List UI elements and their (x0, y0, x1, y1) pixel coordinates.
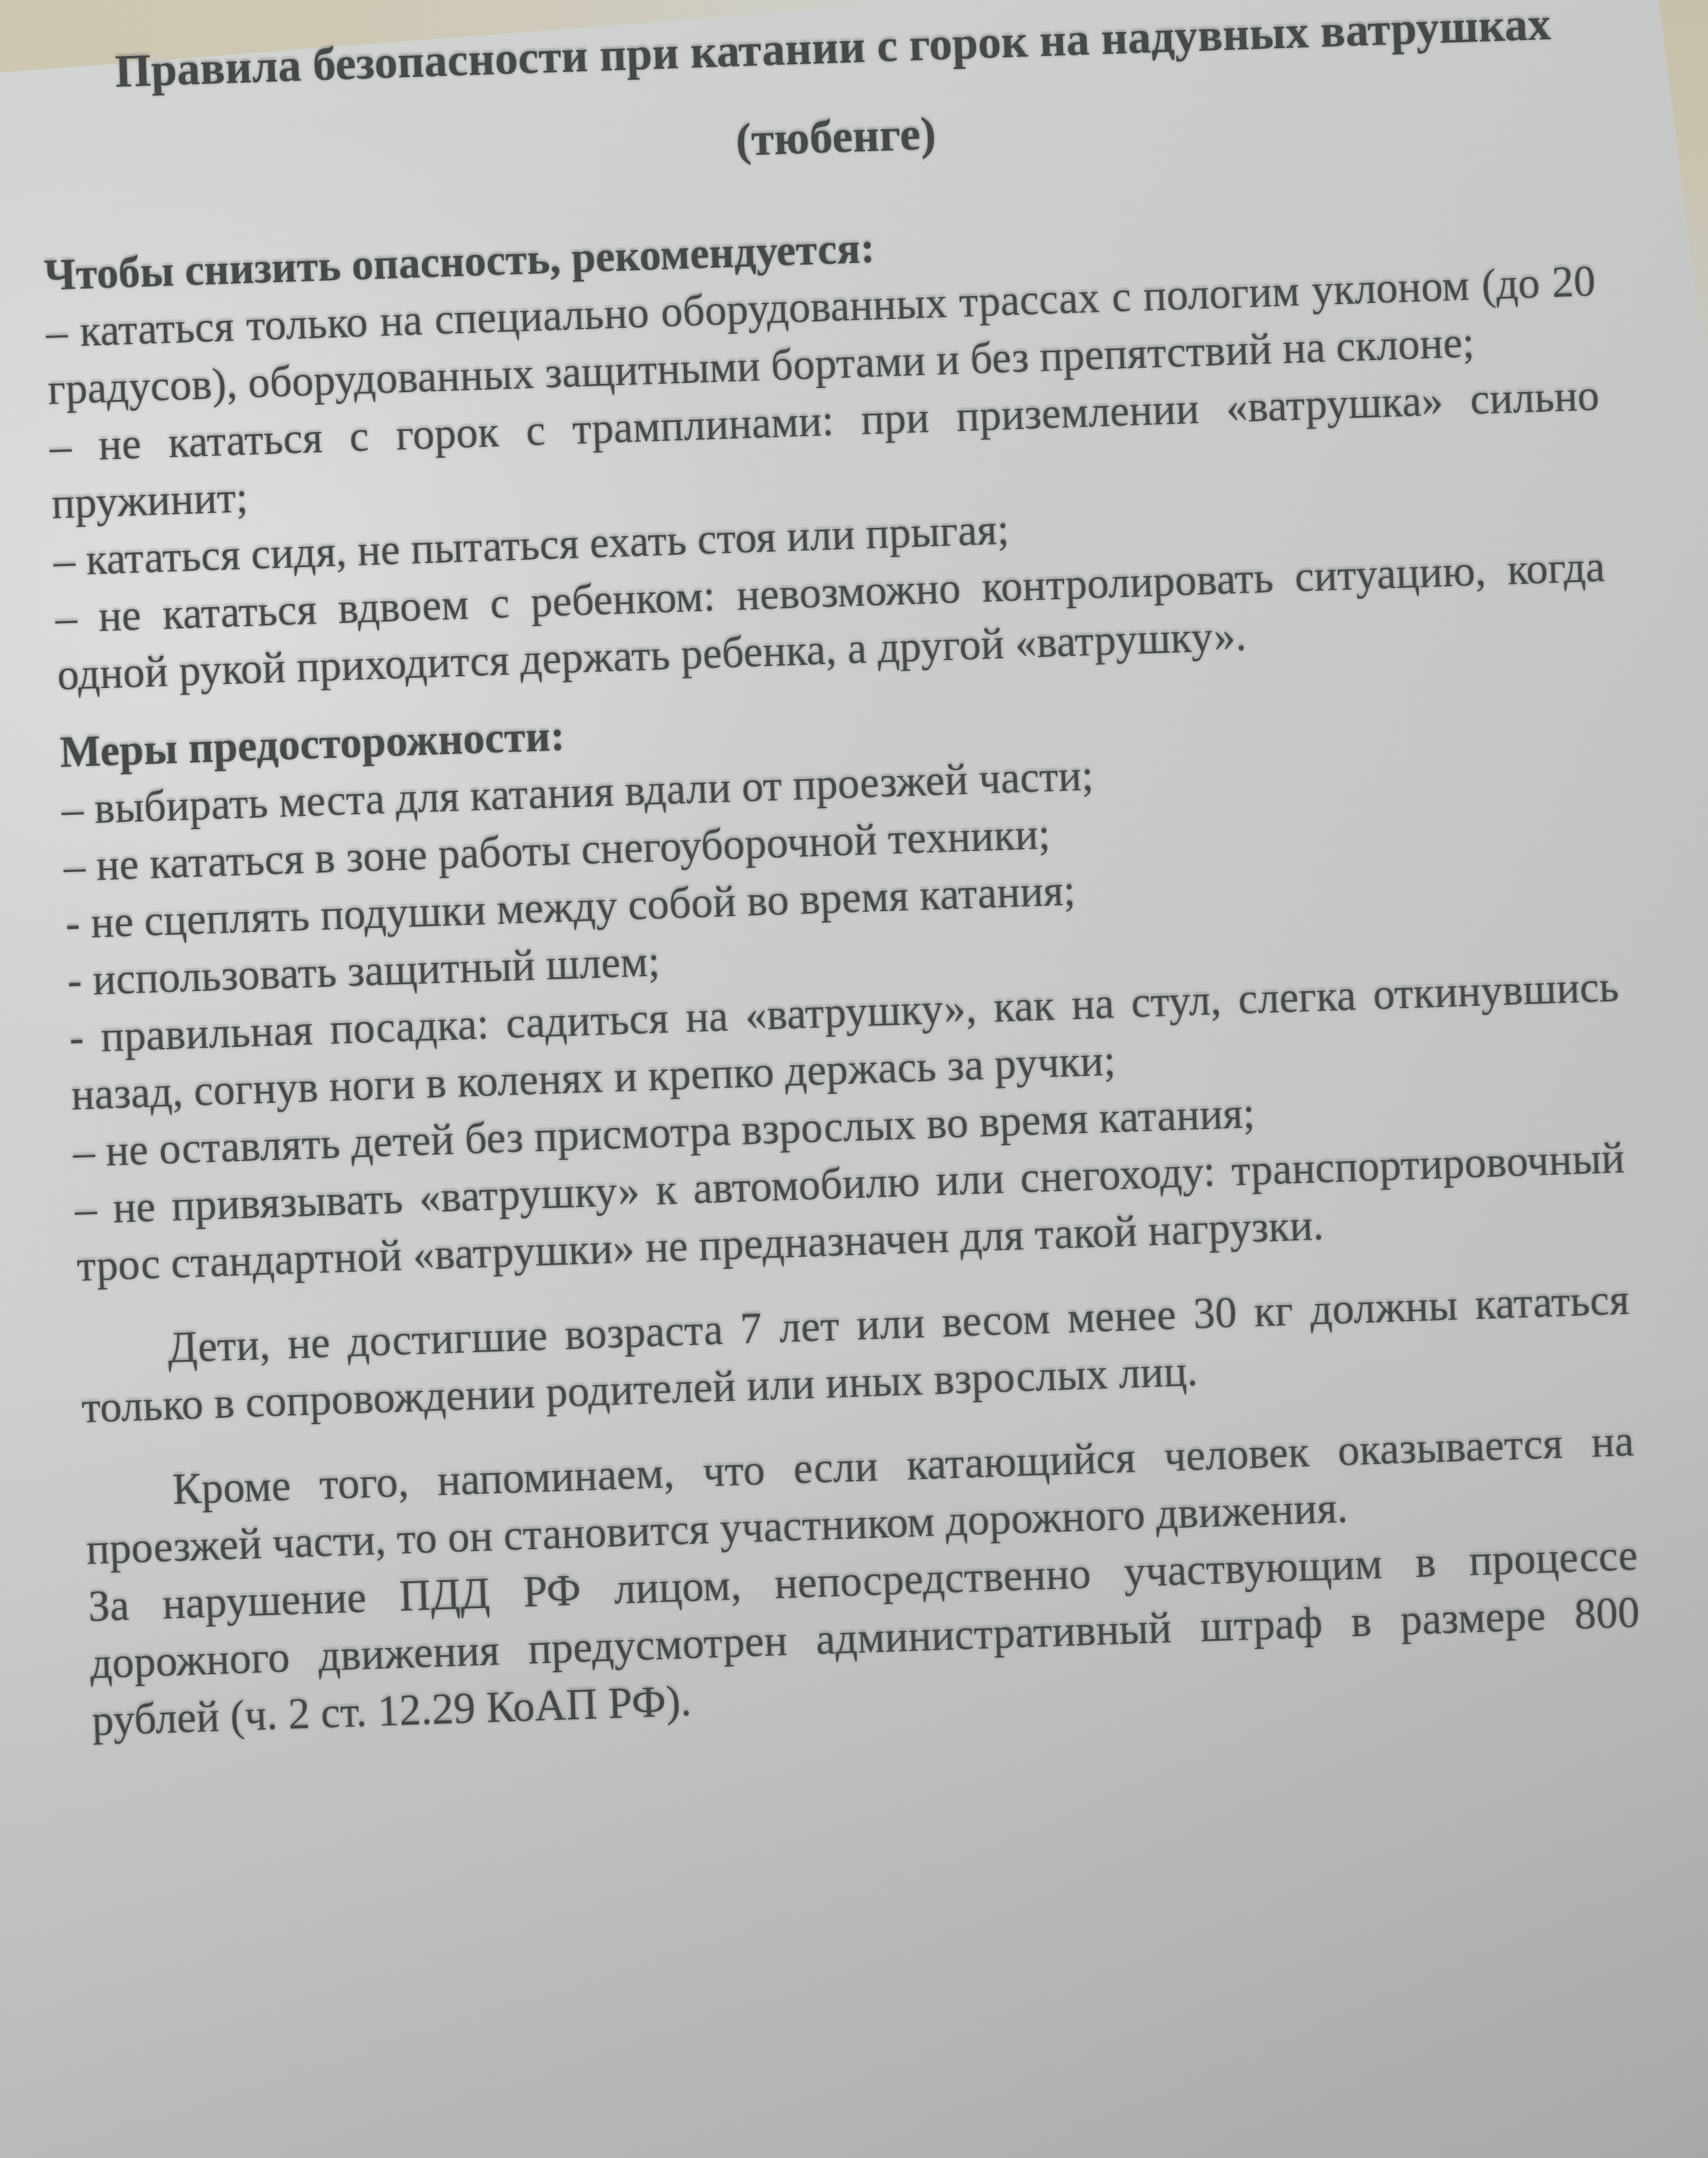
document-page: Правила безопасности при катании с горок… (0, 0, 1708, 1752)
paragraph: Дети, не достигшие возраста 7 лет или ве… (79, 1271, 1632, 1437)
document-title: Правила безопасности при катании с горок… (36, 0, 1591, 208)
photographed-paper-sheet: Правила безопасности при катании с горок… (0, 0, 1708, 2158)
document-body: Чтобы снизить опасность, рекомендуется:–… (43, 196, 1642, 1750)
